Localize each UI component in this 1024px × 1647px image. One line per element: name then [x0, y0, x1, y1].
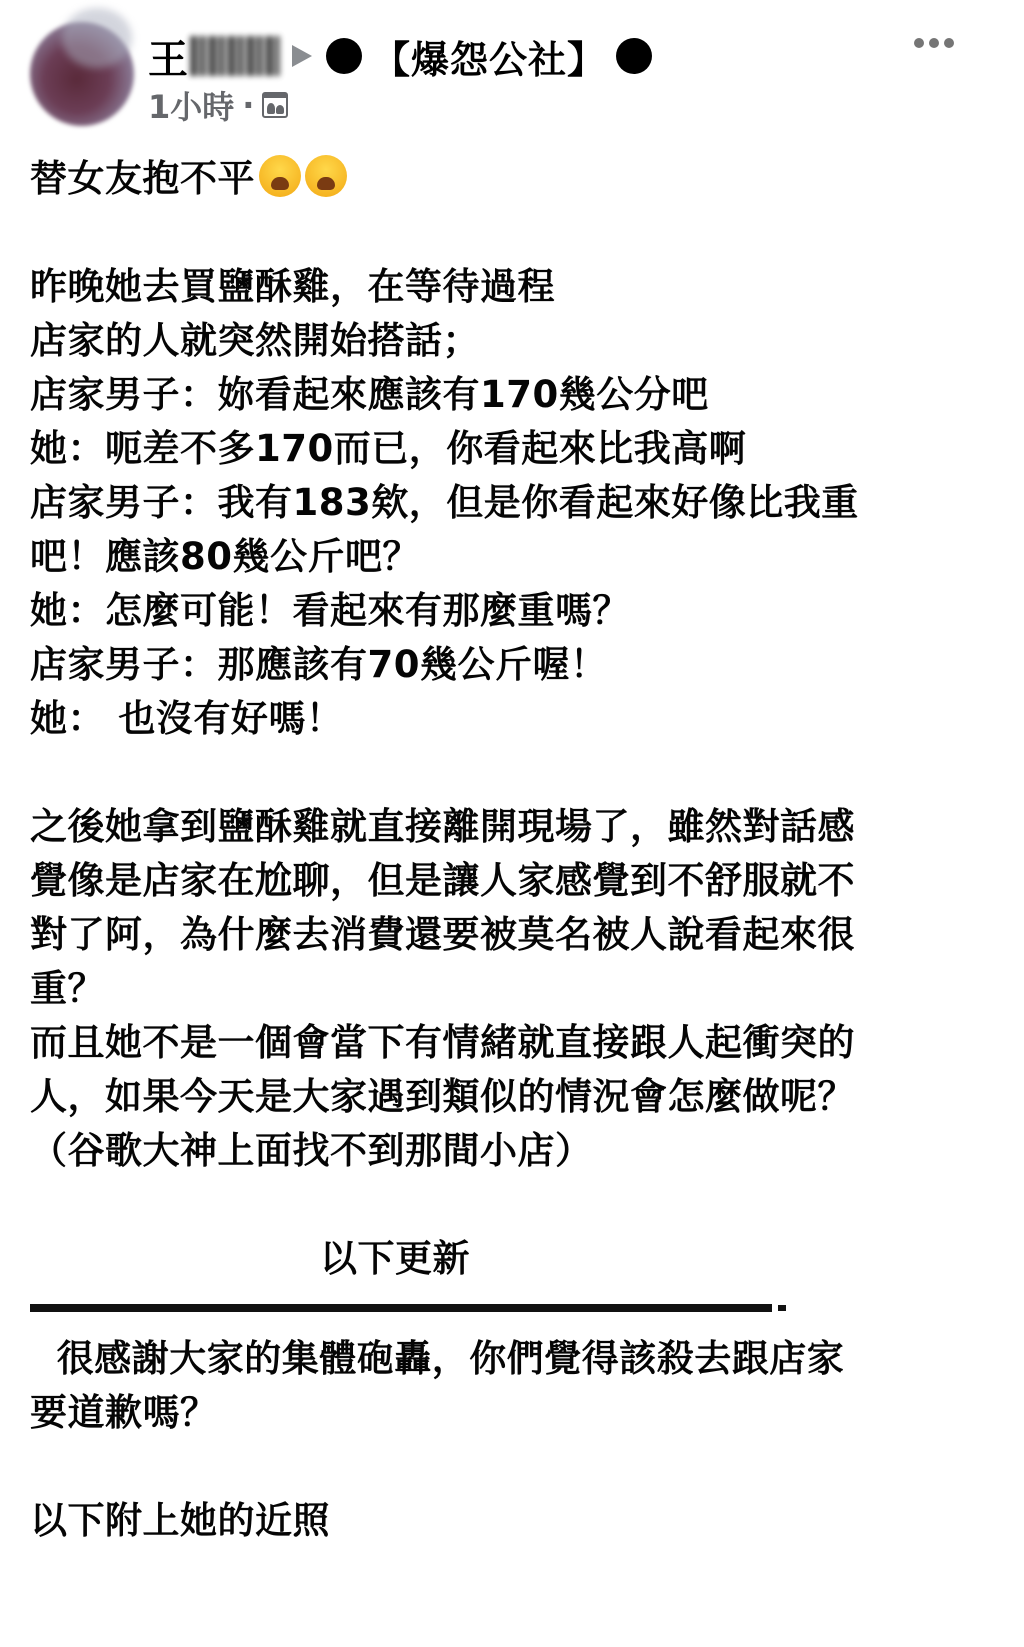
update-heading: 以下更新: [30, 1232, 950, 1286]
author-avatar-redacted[interactable]: [22, 8, 142, 126]
author-line: 王 【爆怨公社】: [148, 30, 652, 82]
paragraph-line: 她： 也沒有好嗎！: [30, 692, 950, 746]
paragraph-line: 昨晚她去買鹽酥雞，在等待過程: [30, 260, 950, 314]
shared-to-arrow-icon: [292, 45, 312, 67]
paragraph-line: 重？: [30, 962, 950, 1016]
black-circle-icon: [616, 38, 652, 74]
paragraph-line: 之後她拿到鹽酥雞就直接離開現場了，雖然對話感: [30, 800, 950, 854]
paragraph-line: 而且她不是一個會當下有情緒就直接跟人起衝突的: [30, 1016, 950, 1070]
paragraph-line: （谷歌大神上面找不到那間小店）: [30, 1124, 950, 1178]
paragraph-line: 她：呃差不多170而已，你看起來比我高啊: [30, 422, 950, 476]
paragraph-line: 她：怎麼可能！看起來有那麼重嗎？: [30, 584, 950, 638]
author-name[interactable]: 王: [148, 28, 188, 85]
post-body: 替女友抱不平 昨晚她去買鹽酥雞，在等待過程 店家的人就突然開始搭話； 店家男子：…: [30, 152, 950, 1548]
post-meta: 1小時 ·: [148, 82, 288, 128]
post-header: 王 【爆怨公社】 1小時 ·: [0, 0, 1024, 140]
author-name-redacted: [190, 36, 280, 76]
divider-line: [30, 1304, 772, 1312]
more-options-icon[interactable]: [914, 38, 954, 48]
paragraph-line: 覺像是店家在尬聊，但是讓人家感覺到不舒服就不: [30, 854, 950, 908]
paragraph-line: 店家男子：妳看起來應該有170幾公分吧: [30, 368, 950, 422]
post-title: 替女友抱不平: [30, 157, 255, 200]
weary-face-emoji-icon: [259, 155, 301, 197]
paragraph-line: 店家的人就突然開始搭話；: [30, 314, 950, 368]
paragraph-line: 很感謝大家的集體砲轟，你們覺得該殺去跟店家: [30, 1332, 950, 1386]
closing-line: 以下附上她的近照: [30, 1494, 950, 1548]
paragraph-line: 吧！應該80幾公斤吧？: [30, 530, 950, 584]
black-circle-icon: [326, 38, 362, 74]
paragraph-line: 店家男子：那應該有70幾公斤喔！: [30, 638, 950, 692]
meta-separator: ·: [242, 86, 254, 124]
post-title-line: 替女友抱不平: [30, 152, 950, 206]
group-audience-icon[interactable]: [262, 92, 288, 118]
weary-face-emoji-icon: [305, 155, 347, 197]
paragraph-line: 店家男子：我有183欸，但是你看起來好像比我重: [30, 476, 950, 530]
paragraph-line: 要道歉嗎？: [30, 1386, 950, 1440]
paragraph-line: 對了阿，為什麼去消費還要被莫名被人說看起來很: [30, 908, 950, 962]
group-name-link[interactable]: 【爆怨公社】: [372, 29, 606, 84]
post-timestamp[interactable]: 1小時: [148, 82, 234, 128]
paragraph-line: 人，如果今天是大家遇到類似的情況會怎麼做呢？: [30, 1070, 950, 1124]
